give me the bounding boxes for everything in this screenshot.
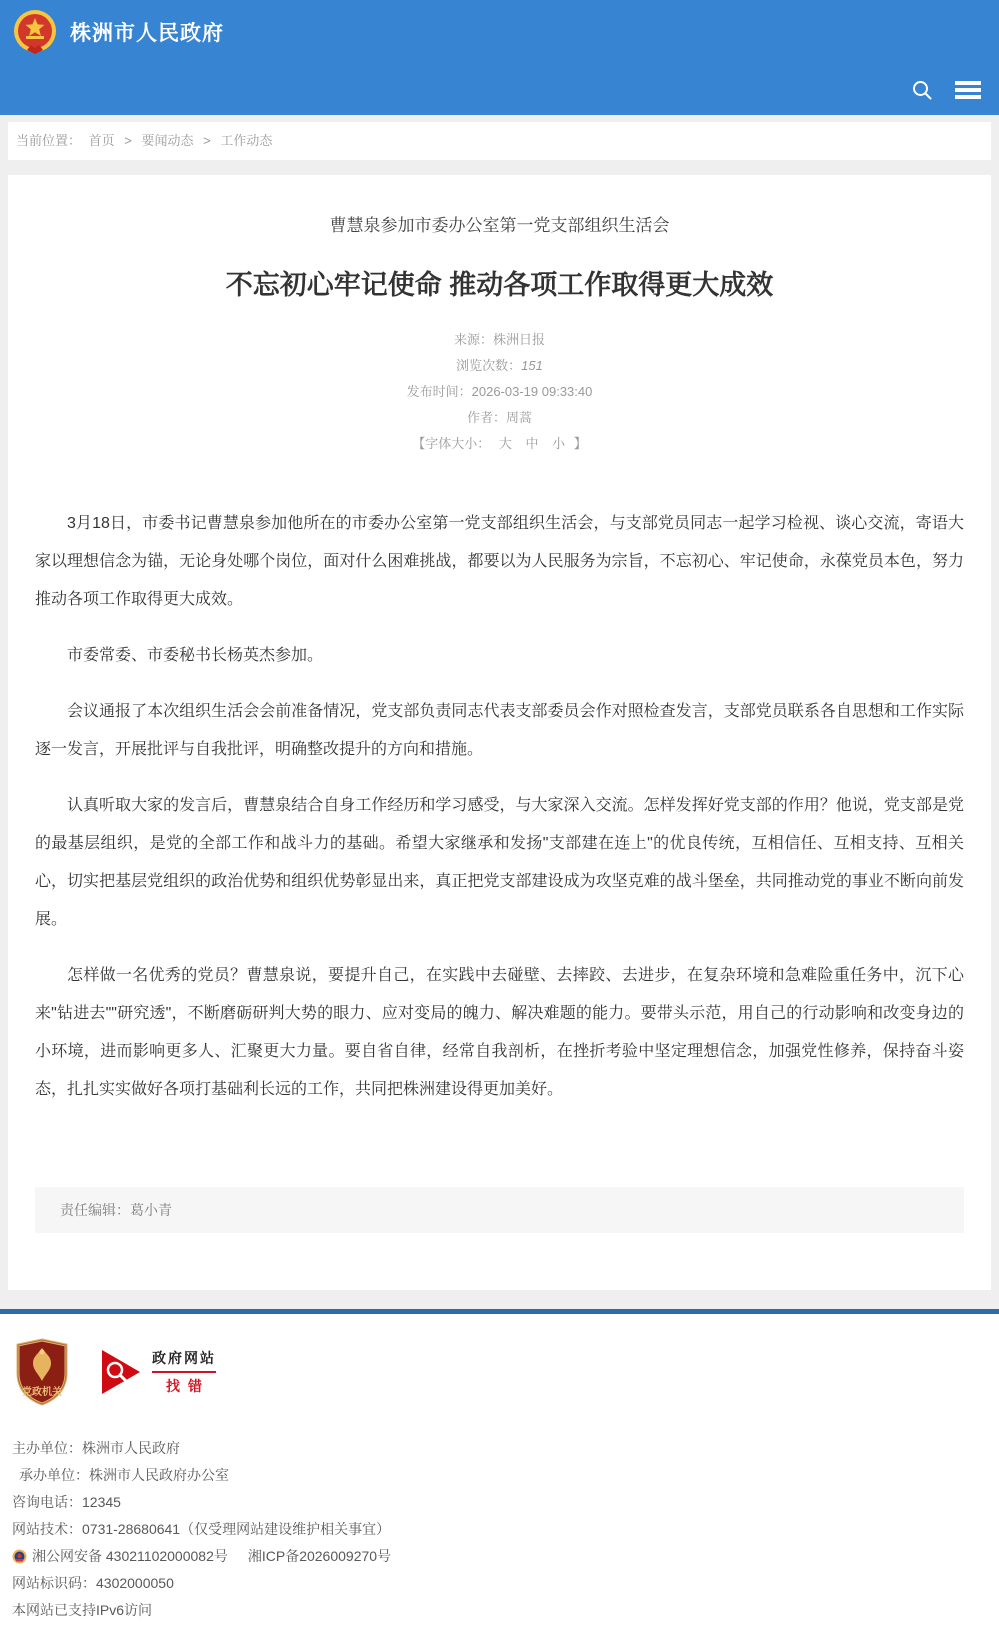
meta-source-row: 来源：株洲日报 xyxy=(35,327,964,353)
police-badge-icon xyxy=(12,1549,27,1564)
font-size-suffix: 】 xyxy=(574,436,587,451)
footer-ipv6-text: 本网站已支持IPv6访问 xyxy=(12,1602,152,1618)
footer-ipv6-line: 本网站已支持IPv6访问 xyxy=(12,1597,987,1624)
national-emblem-logo xyxy=(12,9,58,55)
error-badge-subtitle: 找错 xyxy=(152,1376,216,1396)
footer-sitecode-value: 4302000050 xyxy=(96,1575,174,1591)
article-title: 不忘初心牢记使命 推动各项工作取得更大成效 xyxy=(35,263,964,302)
security-record-link[interactable]: 湘公网安备 43021102000082号 xyxy=(32,1548,228,1564)
footer-sitecode-line: 网站标识码：4302000050 xyxy=(12,1570,987,1597)
meta-views-label: 浏览次数： xyxy=(456,358,521,373)
site-header: 株洲市人民政府 xyxy=(0,0,999,115)
footer-hotline-label: 咨询电话： xyxy=(12,1494,82,1510)
menu-button[interactable] xyxy=(955,80,981,100)
footer-tech-line: 网站技术：0731-28680641（仅受理网站建设维护相关事宜） xyxy=(12,1516,987,1543)
footer-hotline-value: 12345 xyxy=(82,1494,121,1510)
search-button[interactable] xyxy=(911,79,933,101)
article-paragraph: 市委常委、市委秘书长杨英杰参加。 xyxy=(35,637,964,675)
article-meta: 来源：株洲日报 浏览次数：151 发布时间：2026-03-19 09:33:4… xyxy=(35,327,964,457)
footer-beian-line: 湘公网安备 43021102000082号湘ICP备2026009270号 xyxy=(12,1543,987,1570)
breadcrumb-separator: > xyxy=(203,133,211,148)
article-subtitle: 曹慧泉参加市委办公室第一党支部组织生活会 xyxy=(35,211,964,236)
footer-hotline-line: 咨询电话：12345 xyxy=(12,1489,987,1516)
meta-source-value: 株洲日报 xyxy=(493,332,545,347)
footer-badges: 党政机关 政府网站 找错 xyxy=(14,1338,987,1411)
editor-box: 责任编辑：葛小青 xyxy=(35,1187,964,1233)
meta-publish-row: 发布时间：2026-03-19 09:33:40 xyxy=(35,379,964,405)
meta-views-row: 浏览次数：151 xyxy=(35,353,964,379)
editor-name: 葛小青 xyxy=(130,1202,172,1218)
svg-text:党政机关: 党政机关 xyxy=(22,1385,62,1398)
search-icon xyxy=(911,79,933,101)
footer-organizer-line: 承办单位：株洲市人民政府办公室 xyxy=(12,1462,987,1489)
footer-tech-label: 网站技术： xyxy=(12,1521,82,1537)
breadcrumb-home[interactable]: 首页 xyxy=(89,133,115,148)
article-paragraph: 认真听取大家的发言后，曹慧泉结合自身工作经历和学习感受，与大家深入交流。怎样发挥… xyxy=(35,787,964,939)
article-paragraph: 会议通报了本次组织生活会会前准备情况，党支部负责同志代表支部委员会作对照检查发言… xyxy=(35,693,964,769)
error-report-magnifier-icon xyxy=(100,1348,142,1396)
article-paragraph: 怎样做一名优秀的党员？曹慧泉说，要提升自己，在实践中去碰壁、去摔跤、去进步，在复… xyxy=(35,957,964,1109)
error-badge-title: 政府网站 xyxy=(152,1348,216,1373)
font-size-small-button[interactable]: 小 xyxy=(552,436,565,451)
font-size-medium-button[interactable]: 中 xyxy=(525,436,538,451)
breadcrumb-news[interactable]: 要闻动态 xyxy=(142,133,194,148)
article-paragraph: 3月18日，市委书记曹慧泉参加他所在的市委办公室第一党支部组织生活会，与支部党员… xyxy=(35,505,964,619)
site-title: 株洲市人民政府 xyxy=(70,17,224,47)
header-actions xyxy=(911,79,981,101)
error-badge-text: 政府网站 找错 xyxy=(152,1348,216,1396)
article-body: 3月18日，市委书记曹慧泉参加他所在的市委办公室第一党支部组织生活会，与支部党员… xyxy=(35,505,964,1109)
website-error-report-badge[interactable]: 政府网站 找错 xyxy=(100,1348,216,1396)
meta-source-label: 来源： xyxy=(454,332,493,347)
font-size-large-button[interactable]: 大 xyxy=(499,436,512,451)
party-government-badge[interactable]: 党政机关 xyxy=(14,1338,70,1411)
font-size-prefix: 【字体大小： xyxy=(412,436,490,451)
footer-host-value: 株洲市人民政府 xyxy=(82,1440,180,1456)
font-size-controls: 【字体大小： 大 中 小 】 xyxy=(35,431,964,457)
main-background: 当前位置： 首页 > 要闻动态 > 工作动态 曹慧泉参加市委办公室第一党支部组织… xyxy=(0,115,999,1309)
footer-host-line: 主办单位：株洲市人民政府 xyxy=(12,1435,987,1462)
meta-views-value: 151 xyxy=(521,358,543,373)
meta-publish-value: 2026-03-19 09:33:40 xyxy=(472,384,593,399)
meta-author-label: 作者： xyxy=(467,410,506,425)
article-container: 曹慧泉参加市委办公室第一党支部组织生活会 不忘初心牢记使命 推动各项工作取得更大… xyxy=(8,175,991,1290)
meta-publish-label: 发布时间： xyxy=(407,384,472,399)
breadcrumb-current[interactable]: 工作动态 xyxy=(220,133,272,148)
footer-organizer-label: 承办单位： xyxy=(19,1467,89,1483)
meta-author-row: 作者：周蒿 xyxy=(35,405,964,431)
party-government-shield-badge-icon: 党政机关 xyxy=(14,1338,70,1406)
site-footer: 党政机关 政府网站 找错 主办单位：株洲市人民政府 承办单位：株洲市人民政府办公… xyxy=(0,1314,999,1652)
footer-tech-value: 0731-28680641（仅受理网站建设维护相关事宜） xyxy=(82,1521,390,1537)
editor-label: 责任编辑： xyxy=(60,1202,130,1218)
icp-record-link[interactable]: 湘ICP备2026009270号 xyxy=(248,1548,391,1564)
breadcrumb-label: 当前位置： xyxy=(16,133,81,148)
footer-sitecode-label: 网站标识码： xyxy=(12,1575,96,1591)
site-logo-link[interactable]: 株洲市人民政府 xyxy=(12,9,224,55)
footer-organizer-value: 株洲市人民政府办公室 xyxy=(89,1467,229,1483)
hamburger-menu-icon xyxy=(955,80,981,100)
meta-author-value: 周蒿 xyxy=(506,410,532,425)
breadcrumb: 当前位置： 首页 > 要闻动态 > 工作动态 xyxy=(8,122,991,160)
breadcrumb-separator: > xyxy=(124,133,132,148)
footer-host-label: 主办单位： xyxy=(12,1440,82,1456)
